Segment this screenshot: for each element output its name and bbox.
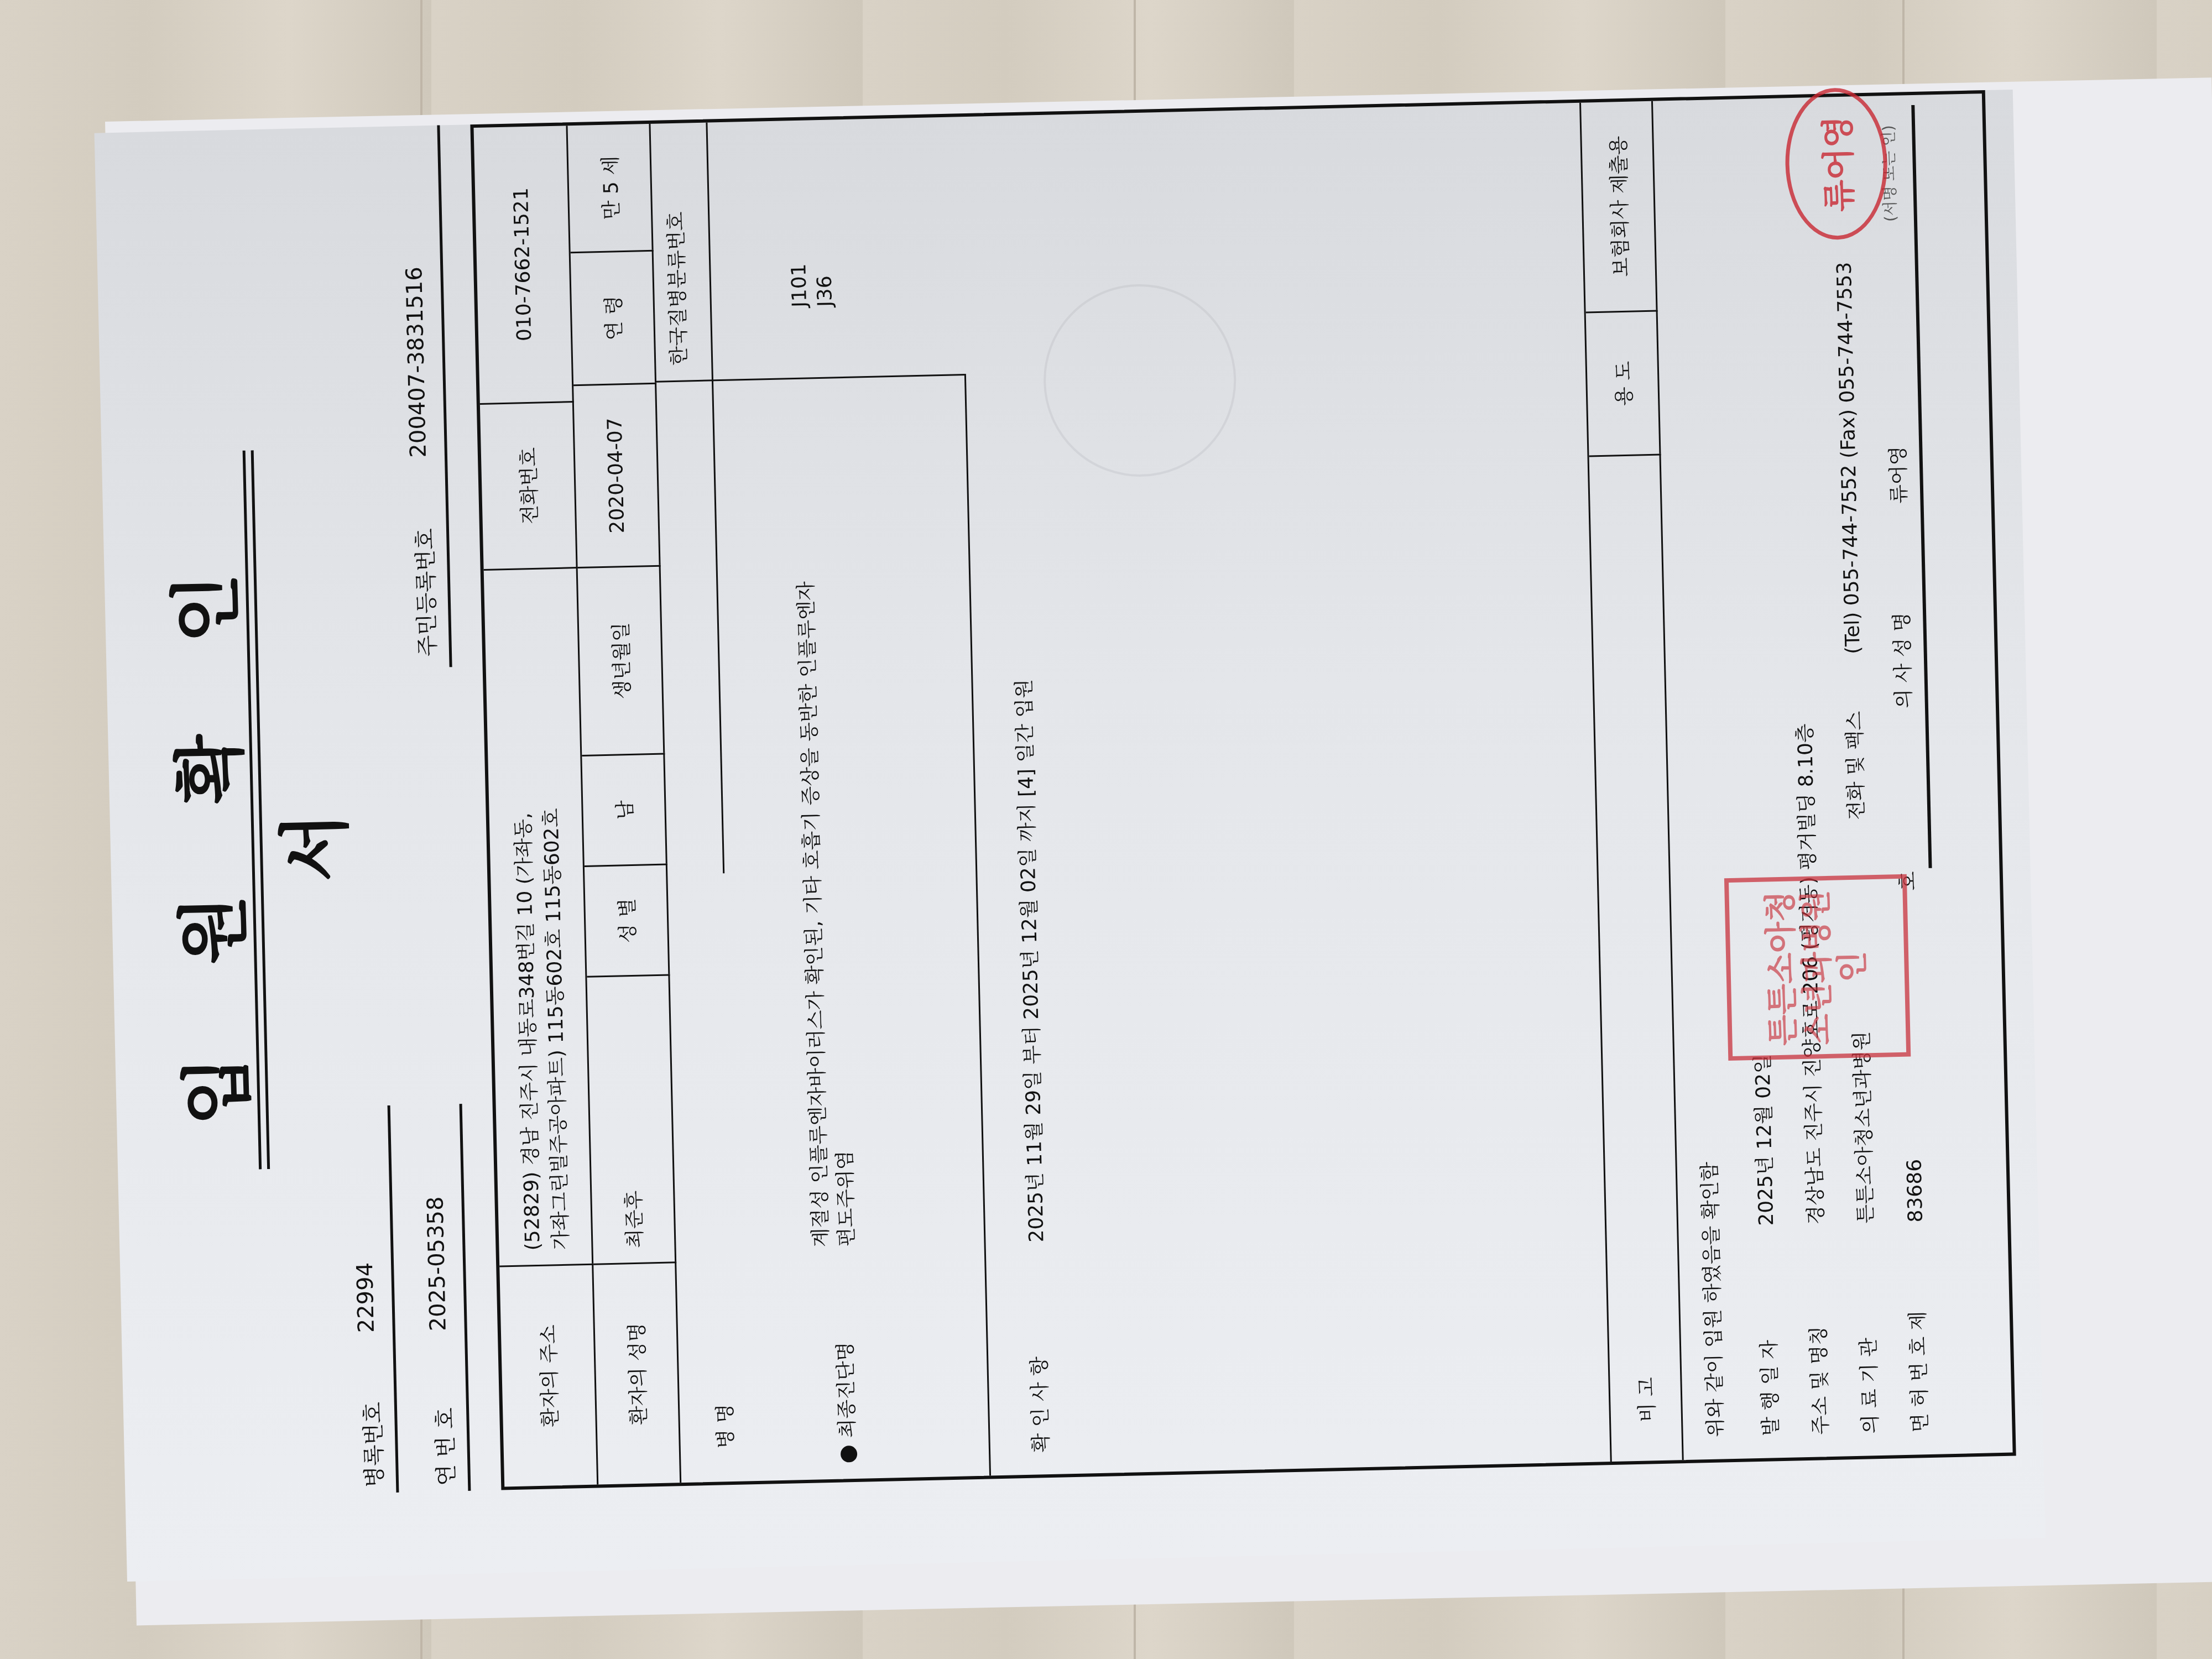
doctor-seal-stamp: 류어영 — [1784, 87, 1889, 241]
phone-label-cell: 전화번호 — [480, 401, 578, 569]
issue-date-label: 발 행 일 자 — [1757, 1340, 1785, 1436]
age-label-cell: 연 령 — [571, 250, 656, 384]
age-cell: 만 5 세 — [567, 124, 653, 252]
kcd-code-2: J36 — [812, 275, 839, 307]
age-value: 만 5 세 — [595, 155, 625, 220]
sex-cell: 남 — [582, 753, 667, 865]
sex-label: 성 별 — [612, 898, 641, 943]
purpose-label-cell: 용 도 — [1586, 310, 1661, 456]
name-label: 환자의 성명 — [622, 1322, 652, 1425]
phone-cell: 010-7662-1521 — [474, 126, 574, 403]
diagnosis-section-label: 병 명 — [713, 1404, 740, 1449]
address-cell: (52829) 경남 진주시 내동로348번길 10 (가좌동, 가좌그린빌주공… — [484, 567, 594, 1266]
final-diagnosis-label: 최종진단명 — [833, 1342, 862, 1463]
institution-label: 의 료 기 관 — [1856, 1337, 1885, 1433]
address-label-cell: 환자의 주소 — [499, 1264, 598, 1487]
license-label: 면 허 번 호 제 — [1906, 1311, 1934, 1433]
meta-rule — [460, 1104, 471, 1491]
faint-stamp-impression — [1041, 282, 1238, 479]
license-number: 83686 — [1902, 1159, 1929, 1223]
institution-name: 튼튼소아청소년과병원 — [1849, 1031, 1880, 1224]
dob-cell: 2020-04-07 — [573, 383, 660, 567]
final-label-text: 최종진단명 — [834, 1342, 859, 1438]
certificate-table: 환자의 주소 (52829) 경남 진주시 내동로348번길 10 (가좌동, … — [470, 90, 2016, 1490]
address-label: 주소 및 명칭 — [1806, 1326, 1834, 1435]
phone-value: 010-7662-1521 — [510, 187, 536, 342]
hospital-seal-stamp: 튼튼소아청소년과병원인 — [1724, 874, 1911, 1061]
serial-label: 연 번 호 — [427, 1407, 461, 1486]
kcd-header: 한국질병분류번호 — [664, 211, 693, 366]
resident-id-label: 주민등록번호 — [408, 528, 442, 657]
purpose-label: 용 도 — [1608, 361, 1637, 406]
dob-label: 생년월일 — [606, 622, 635, 700]
signature-rule — [1911, 105, 1932, 868]
resident-id: 200407-3831516 — [401, 267, 431, 458]
remarks-label: 비 고 — [1631, 1377, 1660, 1422]
bullet-icon — [841, 1446, 858, 1463]
remarks-cell: 비 고 — [1589, 454, 1683, 1462]
kcd-code-1: J101 — [786, 263, 813, 307]
address-label: 환자의 주소 — [533, 1324, 564, 1427]
admission-certificate-page: 입 원 확 인 서 병록번호 22994 연 번 호 2025-05358 주민… — [95, 90, 2046, 1582]
name-cell: 최준후 — [587, 974, 676, 1263]
sex-value: 남 — [609, 800, 638, 820]
age-label: 연 령 — [598, 295, 627, 341]
confirmation-text: 2025년 11월 29일 부터 2025년 12월 02일 까지 [4] 일간… — [1011, 679, 1050, 1243]
patient-name: 최준후 — [618, 1190, 648, 1248]
registration-label: 병록번호 — [356, 1402, 389, 1488]
meta-rule — [388, 1105, 399, 1493]
purpose-value: 보험회사 제출용 — [1603, 135, 1634, 277]
confirmation-label: 확 인 사 항 — [1027, 1356, 1055, 1452]
purpose-cell: 보험회사 제출용 — [1581, 101, 1658, 312]
doctor-name: 류어영 — [1886, 446, 1913, 504]
doctor-label: 의 사 성 명 — [1890, 612, 1918, 708]
phone-label: 전화번호 — [513, 447, 543, 524]
contact-label: 전화 및 팩스 — [1842, 711, 1870, 820]
dob-value: 2020-04-07 — [603, 418, 629, 534]
contact-value: (Tel) 055-744-7552 (Fax) 055-744-7553 — [1832, 262, 1867, 654]
serial-number: 2025-05358 — [422, 1196, 451, 1331]
registration-number: 22994 — [352, 1262, 379, 1333]
name-label-cell: 환자의 성명 — [593, 1261, 681, 1484]
sex-label-cell: 성 별 — [585, 864, 670, 976]
dob-label-cell: 생년월일 — [578, 565, 665, 755]
issue-date: 2025년 12월 02일 — [1750, 1054, 1780, 1226]
statement: 위와 같이 입원 하였음을 확인함 — [1698, 1161, 1730, 1437]
